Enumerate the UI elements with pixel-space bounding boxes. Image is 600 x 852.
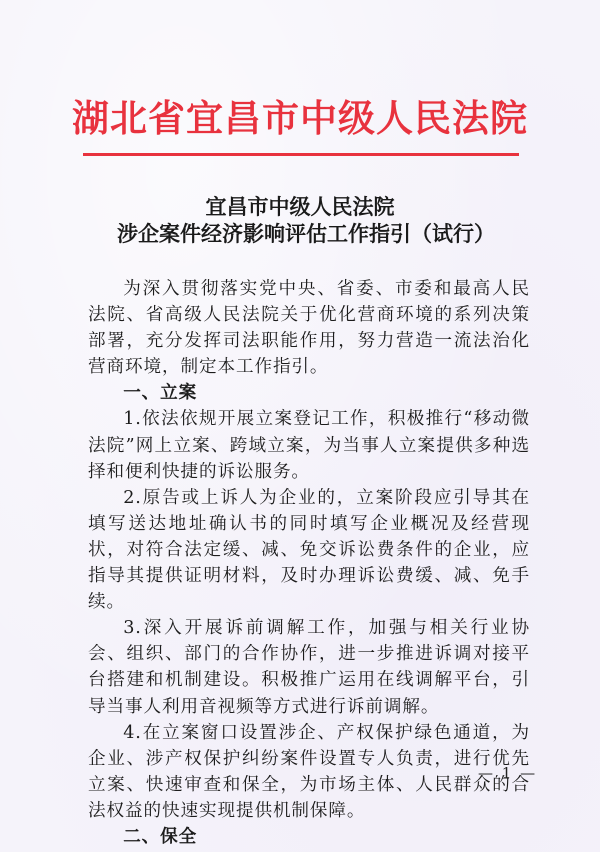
section-heading-preservation: 二、保全	[88, 824, 530, 850]
issuing-organization-header: 湖北省宜昌市中级人民法院	[0, 96, 600, 140]
page-number: — 1 —	[478, 764, 537, 782]
document-title-line-1: 宜昌市中级人民法院	[0, 194, 600, 220]
clause-paragraph-4: 4.在立案窗口设置涉企、产权保护绿色通道，为企业、涉产权保护纠纷案件设置专人负责…	[88, 720, 530, 824]
red-header-rule	[83, 153, 519, 156]
document-body: 为深入贯彻落实党中央、省委、市委和最高人民法院、省高级人民法院关于优化营商环境的…	[88, 276, 530, 850]
clause-paragraph-3: 3.深入开展诉前调解工作，加强与相关行业协会、组织、部门的合作协作，进一步推进诉…	[88, 615, 530, 719]
clause-paragraph-2: 2.原告或上诉人为企业的，立案阶段应引导其在填写送达地址确认书的同时填写企业概况…	[88, 485, 530, 615]
document-page: 湖北省宜昌市中级人民法院 宜昌市中级人民法院 涉企案件经济影响评估工作指引（试行…	[0, 0, 600, 852]
document-title-line-2: 涉企案件经济影响评估工作指引（试行）	[6, 221, 600, 247]
section-heading-filing: 一、立案	[88, 380, 530, 406]
preamble-paragraph: 为深入贯彻落实党中央、省委、市委和最高人民法院、省高级人民法院关于优化营商环境的…	[88, 276, 530, 380]
clause-paragraph-1: 1.依法依规开展立案登记工作，积极推行“移动微法院”网上立案、跨域立案，为当事人…	[88, 406, 530, 484]
